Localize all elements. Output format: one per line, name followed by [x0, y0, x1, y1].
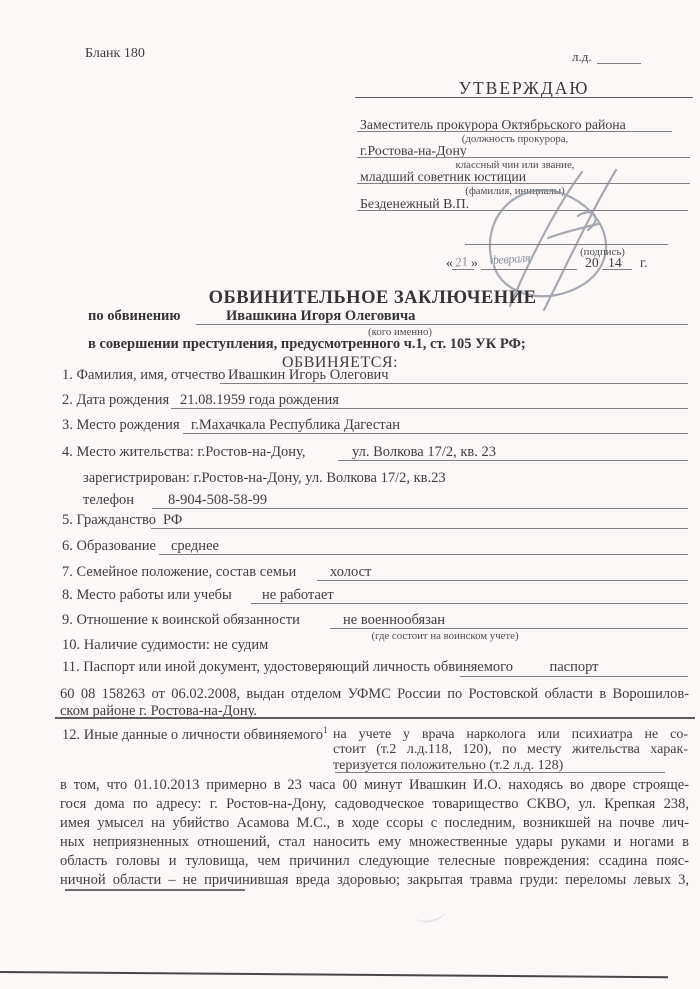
field-other-line-2: стоит (т.2 л.д.118, 120), по месту жител…	[333, 742, 688, 758]
date-month-rule	[481, 269, 577, 270]
crime-line: в совершении преступления, предусмотренн…	[88, 336, 526, 354]
case-sheet-label: л.д.	[572, 49, 592, 65]
field-family-label: 7. Семейное положение, состав семьи	[62, 564, 296, 582]
date-year-suffix: г.	[640, 255, 648, 272]
scan-edge-line	[0, 971, 668, 978]
passport-section-rule	[55, 717, 695, 719]
field-phone-rule	[152, 508, 688, 509]
field-passport-value: паспорт	[460, 659, 688, 677]
field-citizenship-label: 5. Гражданство	[62, 512, 156, 530]
city-rule	[357, 157, 690, 158]
field-phone-label: телефон	[83, 492, 134, 510]
field-citizenship-rule	[151, 528, 688, 529]
body-line-2: гося дома по адресу: г. Ростов-на-Дону, …	[60, 796, 689, 814]
field-birthdate-rule	[171, 408, 688, 409]
field-residence-rule	[338, 460, 688, 461]
scan-smudge	[414, 903, 447, 925]
accused-name-rule	[196, 324, 688, 325]
field-residence-label: 4. Место жительства: г.Ростов-на-Дону,	[62, 444, 305, 462]
body-line-6: ничной области – не причинившая вреда зд…	[60, 872, 689, 890]
field-birthplace-rule	[183, 433, 688, 434]
document-title: ОБВИНИТЕЛЬНОЕ ЗАКЛЮЧЕНИЕ	[60, 287, 685, 310]
field-family-rule	[317, 580, 688, 581]
date-year-prefix: 20	[585, 255, 599, 272]
footnote-rule	[65, 889, 245, 891]
field-surname-label: 1. Фамилия, имя, отчество	[62, 367, 225, 385]
date-year-rule	[602, 269, 632, 270]
date-close-quote: »	[471, 255, 478, 272]
field-passport-rule	[460, 676, 688, 677]
field-birthplace-label: 3. Место рождения	[62, 417, 180, 435]
field-military-label: 9. Отношение к воинской обязанности	[62, 612, 300, 630]
field-education-label: 6. Образование	[62, 538, 156, 556]
field-birthdate-label: 2. Дата рождения	[62, 392, 169, 410]
signature-rule	[465, 244, 668, 245]
case-sheet-blank-line	[597, 63, 641, 64]
footnote-mark: 1	[323, 725, 328, 735]
field-registered-label: зарегистрирован: г.Ростов-на-Дону, ул. В…	[83, 470, 446, 488]
date-month-handwritten: февраля	[490, 251, 531, 269]
body-line-1: в том, что 01.10.2013 примерно в 23 часа…	[60, 777, 689, 795]
passport-details-line: 60 08 158263 от 06.02.2008, выдан отдело…	[60, 686, 689, 704]
form-blank-number: Бланк 180	[85, 45, 145, 62]
scanned-indictment-page: Бланк 180 л.д. УТВЕРЖДАЮ Заместитель про…	[0, 0, 700, 989]
field-other-rule	[335, 772, 665, 773]
field-convictions-label: 10. Наличие судимости: не судим	[62, 637, 268, 655]
field-other-line-1: на учете у врача нарколога или психиатра…	[333, 727, 688, 743]
body-line-5: область головы и туловища, чем причинил …	[60, 853, 689, 871]
position-rule	[357, 131, 672, 132]
body-line-4: ных неприязненных отношений, стал наноси…	[60, 834, 689, 852]
field-surname-rule	[220, 383, 688, 384]
accusation-label: по обвинению	[88, 308, 181, 326]
field-other-label: 12. Иные данные о личности обвиняемого1	[62, 727, 327, 745]
field-education-rule	[159, 554, 688, 555]
body-line-3: имея умысел на убийство Асамова М.С., в …	[60, 815, 689, 833]
field-military-caption: (где состоит на воинском учете)	[330, 630, 560, 643]
field-other-label-text: 12. Иные данные о личности обвиняемого	[62, 727, 323, 743]
field-work-rule	[251, 603, 688, 604]
field-passport-label: 11. Паспорт или иной документ, удостовер…	[62, 659, 513, 677]
field-military-rule	[330, 628, 688, 629]
approval-heading-rule	[355, 97, 693, 98]
field-work-label: 8. Место работы или учебы	[62, 587, 232, 605]
